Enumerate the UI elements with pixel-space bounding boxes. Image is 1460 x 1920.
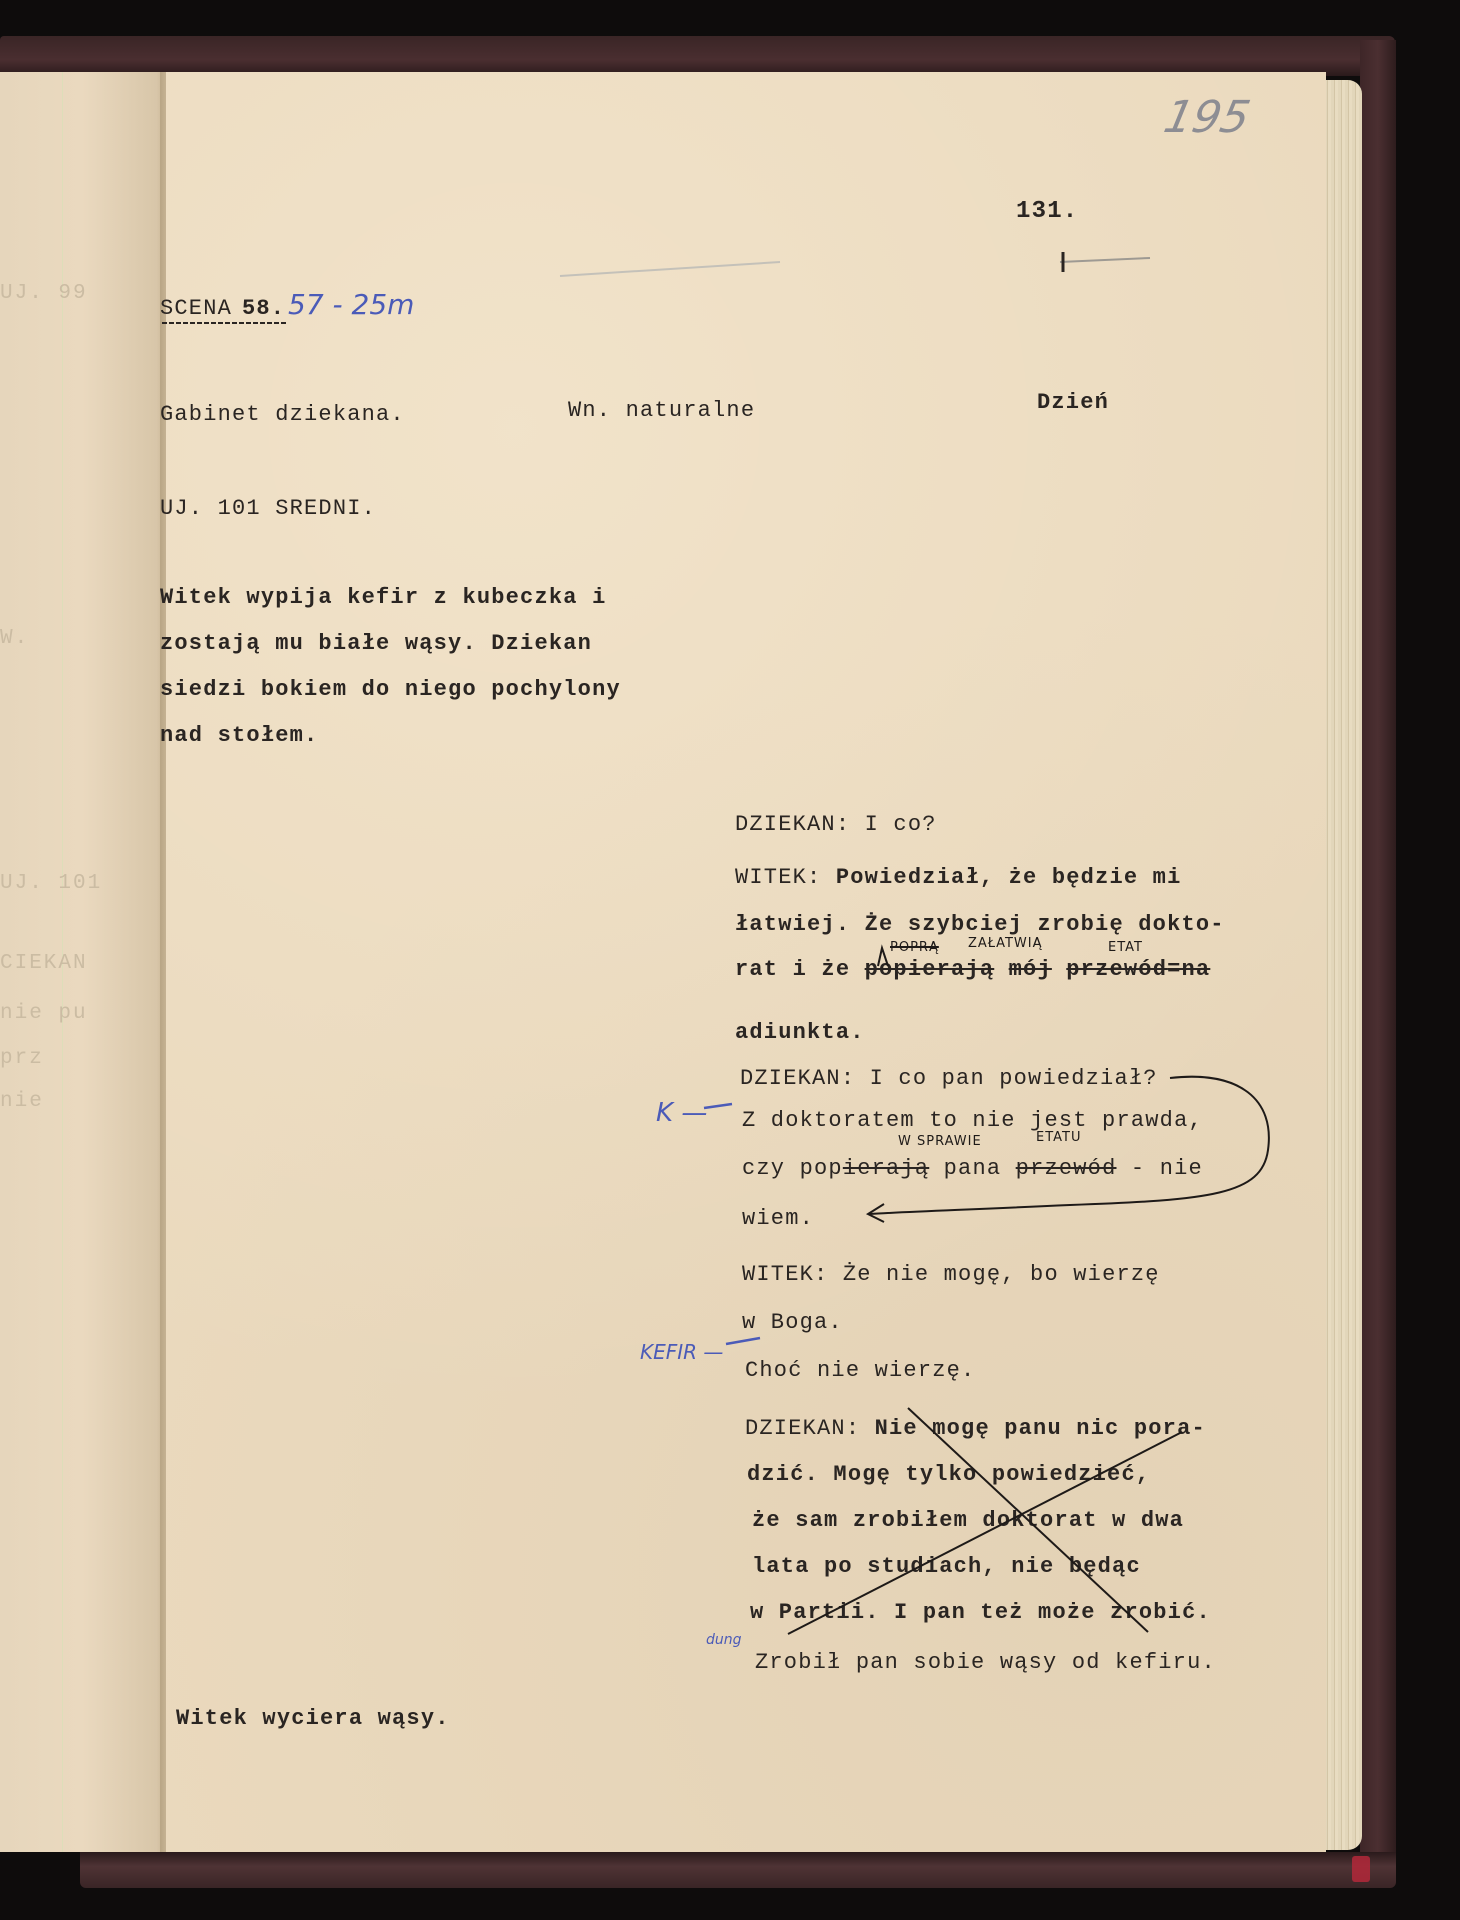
dialogue-line: łatwiej. Że szybciej zrobię dokto- [735,912,1225,937]
shot-line: UJ. 101 SREDNI. [160,496,376,521]
dialogue-line: w Partii. I pan też może zrobić. [750,1600,1211,1625]
left-page: UJ. 99 W. UJ. 101 CIEKAN nie pu prz nie [0,72,165,1852]
struck-word: ierają [843,1156,929,1181]
dialogue-line: wiem. [742,1206,814,1231]
bleed-through-text: nie pu [0,1002,88,1025]
dialogue-line-edited: czy popierają pana przewód - nie [742,1156,1203,1181]
struck-word: na [1182,957,1211,982]
dialogue-line: w Boga. [742,1310,843,1335]
action-line: Witek wypija kefir z kubeczka i [160,585,606,610]
action-line: zostają mu białe wąsy. Dziekan [160,631,592,656]
folio-number: 195 [1160,92,1255,143]
setting-interior: Wn. naturalne [568,398,755,423]
bleed-through-text: W. [0,627,29,650]
dialogue-line: I co? [865,812,937,837]
bleed-through-text: UJ. 101 [0,872,102,895]
setting-time: Dzień [1037,390,1109,415]
dialogue-line: adiunkta. [735,1020,865,1045]
book-cover-top [0,36,1395,76]
closing-action: Witek wyciera wąsy. [176,1706,450,1731]
margin-mark-kefir: KEFIR — [640,1340,723,1364]
dialogue-line: dzić. Mogę tylko powiedzieć, [747,1462,1150,1487]
scene-number: 58. [242,296,285,321]
dialogue-line: lata po studiach, nie będąc [752,1554,1141,1579]
red-bookmark-tab [1352,1856,1370,1882]
book-cover-bottom [80,1852,1396,1888]
handwritten-insertion: POPRĄ [890,940,939,955]
dialogue-line: Że nie mogę, bo wierzę [843,1262,1160,1287]
struck-word: przewód [1016,1156,1117,1181]
struck-word: mój [1009,957,1052,982]
struck-word: popierają [865,957,995,982]
speaker: WITEK: [735,865,821,890]
dialogue-line: Zrobił pan sobie wąsy od kefiru. [755,1650,1216,1675]
action-line: siedzi bokiem do niego pochylony [160,677,621,702]
handwritten-insertion: ETAT [1108,940,1143,955]
book-cover-right [1360,40,1396,1860]
dialogue-line: że sam zrobiłem doktorat w dwa [752,1508,1184,1533]
speaker: DZIEKAN: [745,1416,860,1441]
bleed-through-text: UJ. 99 [0,282,88,305]
dialogue-line: Choć nie wierzę. [745,1358,975,1383]
dialogue-line-edited: rat i że popierają mój przewód=na [735,957,1210,982]
bleed-through-text: CIEKAN [0,952,88,975]
handwritten-insertion: ETATU [1036,1130,1082,1145]
dialogue-line: Nie mogę panu nic pora- [875,1416,1206,1441]
margin-mark-k: K — [656,1098,707,1128]
dialogue-line: I co pan powiedział? [870,1066,1158,1091]
handwritten-insertion: ZAŁATWIĄ [968,936,1043,951]
scene-underline [162,322,288,324]
scene-label: SCENA [160,296,232,321]
dialogue-line: Powiedział, że będzie mi [836,865,1182,890]
speaker: WITEK: [742,1262,828,1287]
setting-location: Gabinet dziekana. [160,402,405,427]
page-number: 131. [1016,198,1078,225]
action-line: nad stołem. [160,723,318,748]
speaker: DZIEKAN: [740,1066,855,1091]
margin-mark-scribble: dung [706,1632,742,1648]
scene-handwritten-correction: 57 - 25m [288,288,414,321]
dialogue-line: Z doktoratem to nie jest prawda, [742,1108,1203,1133]
speaker: DZIEKAN: [735,812,850,837]
struck-word: przewód [1066,957,1167,982]
bleed-through-text: prz [0,1047,44,1070]
bleed-through-text: nie [0,1090,44,1113]
handwritten-insertion: W SPRAWIE [898,1134,982,1149]
